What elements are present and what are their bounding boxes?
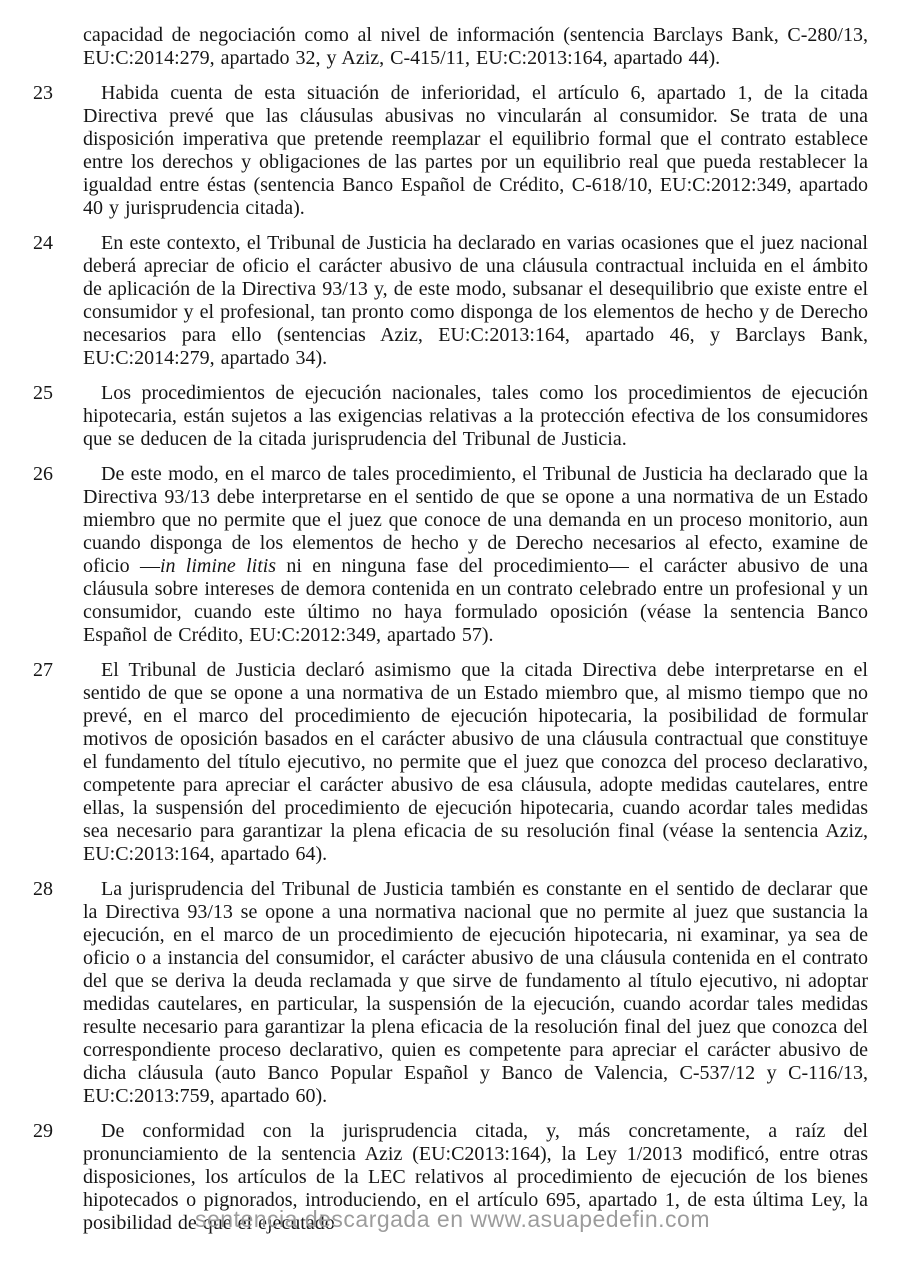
paragraph: 24En este contexto, el Tribunal de Justi… <box>83 232 868 370</box>
paragraph-number: 26 <box>33 463 75 486</box>
paragraph: 23Habida cuenta de esta situación de inf… <box>83 82 868 220</box>
paragraph-text: capacidad de negociación como al nivel d… <box>83 24 868 69</box>
paragraph-number: 25 <box>33 382 75 405</box>
paragraph-number: 29 <box>33 1120 75 1143</box>
text-segment: Habida cuenta de esta situación de infer… <box>83 82 868 219</box>
paragraph-text: En este contexto, el Tribunal de Justici… <box>83 232 868 369</box>
paragraph: 26De este modo, en el marco de tales pro… <box>83 463 868 647</box>
paragraph: 25Los procedimientos de ejecución nacion… <box>83 382 868 451</box>
latin-phrase-italic: in limine litis <box>160 555 276 577</box>
text-segment: El Tribunal de Justicia declaró asimismo… <box>83 659 868 865</box>
text-segment: capacidad de negociación como al nivel d… <box>83 24 868 69</box>
paragraph-text: Los procedimientos de ejecución nacional… <box>83 382 868 450</box>
document-content: capacidad de negociación como al nivel d… <box>83 24 868 1247</box>
document-page: capacidad de negociación como al nivel d… <box>0 0 905 1280</box>
paragraph-number: 24 <box>33 232 75 255</box>
text-segment: Los procedimientos de ejecución nacional… <box>83 382 868 450</box>
footer-watermark: sentencia descargada en www.asuapedefin.… <box>0 1206 905 1233</box>
paragraph: 28La jurisprudencia del Tribunal de Just… <box>83 878 868 1108</box>
paragraph-number: 28 <box>33 878 75 901</box>
paragraph: capacidad de negociación como al nivel d… <box>83 24 868 70</box>
paragraph-text: De este modo, en el marco de tales proce… <box>83 463 868 646</box>
text-segment: En este contexto, el Tribunal de Justici… <box>83 232 868 369</box>
paragraph-text: Habida cuenta de esta situación de infer… <box>83 82 868 219</box>
paragraph: 27El Tribunal de Justicia declaró asimis… <box>83 659 868 866</box>
paragraph-number: 23 <box>33 82 75 105</box>
paragraph-text: El Tribunal de Justicia declaró asimismo… <box>83 659 868 865</box>
paragraph-text: La jurisprudencia del Tribunal de Justic… <box>83 878 868 1107</box>
paragraph-number: 27 <box>33 659 75 682</box>
text-segment: La jurisprudencia del Tribunal de Justic… <box>83 878 868 1107</box>
